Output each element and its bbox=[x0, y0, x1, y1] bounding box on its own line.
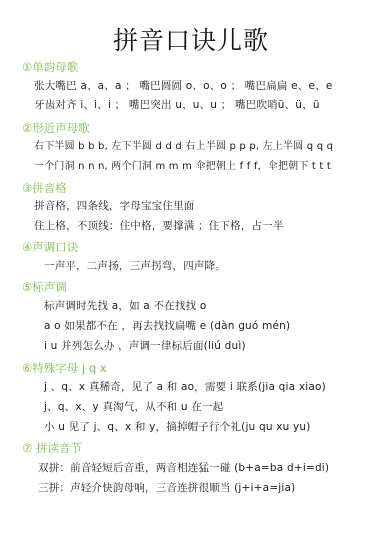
verse-line: 三拼：声轻介快韵母响，三音连拼很顺当 (j+i+a=jia) bbox=[38, 481, 295, 496]
verse-line: 小 u 见了 j、q、x 和 y，摘掉帽子行个礼(ju qu xu yu) bbox=[44, 420, 311, 435]
verse-line: j、q、x、y 真淘气，从不和 u 在一起 bbox=[44, 400, 223, 415]
verse-line: 一个门洞 n n n, 两个门洞 m m m 伞把朝上 f f f，伞把朝下 t… bbox=[34, 159, 331, 174]
verse-line: 一声平，二声扬，三声拐弯，四声降。 bbox=[44, 259, 226, 274]
section-heading-single-finals: ①单韵母歌 bbox=[22, 59, 78, 75]
verse-line: 拼音格，四条线，字母宝宝住里面 bbox=[34, 199, 195, 214]
verse-line: 张大嘴巴 a、a、a ； 嘴巴圆圆 o、o、o ； 嘴巴扁扁 e、e、e bbox=[34, 79, 333, 94]
section-heading-tone-rhyme: ④声调口诀 bbox=[22, 239, 78, 255]
verse-line: 标声调时先找 a，如 a 不在找找 o bbox=[44, 299, 206, 314]
section-heading-tone-marking: ⑤标声调 bbox=[22, 279, 67, 295]
verse-line: i u 并列怎么办 ，声调一律标后面(liú duì) bbox=[44, 339, 246, 354]
section-heading-pinyin-grid: ③拼音格 bbox=[22, 180, 67, 196]
section-heading-similar-initials: ②形近声母歌 bbox=[22, 120, 90, 136]
verse-line: 双拼：前音轻短后音重，两音相连猛一碰 (b+a=ba d+i=di) bbox=[38, 461, 329, 476]
page-title: 拼音口诀儿歌 bbox=[0, 24, 382, 58]
section-heading-syllable-reading: ⑦ 拼读音节 bbox=[22, 440, 82, 456]
section-heading-special-letters: ⑥特殊字母 j q x bbox=[22, 360, 107, 376]
verse-line: 牙齿对齐 i、i、i ； 嘴巴突出 u、u、u ； 嘴巴吹哨ü、ü、ü bbox=[34, 98, 320, 113]
verse-line: j 、q、x 真稀奇，见了 a 和 ao，需要 i 联系(jia qia xia… bbox=[44, 380, 326, 395]
verse-line: 右下半圆 b b b, 左下半圆 d d d 右上半圆 p p p, 左上半圆 … bbox=[34, 139, 333, 154]
verse-line: a o 如果都不在 ，再去找找扁嘴 e (dàn guó mén) bbox=[44, 319, 290, 334]
verse-line: 住上格，不顶线：住中格，要撑满 ；住下格，占一半 bbox=[34, 219, 284, 234]
